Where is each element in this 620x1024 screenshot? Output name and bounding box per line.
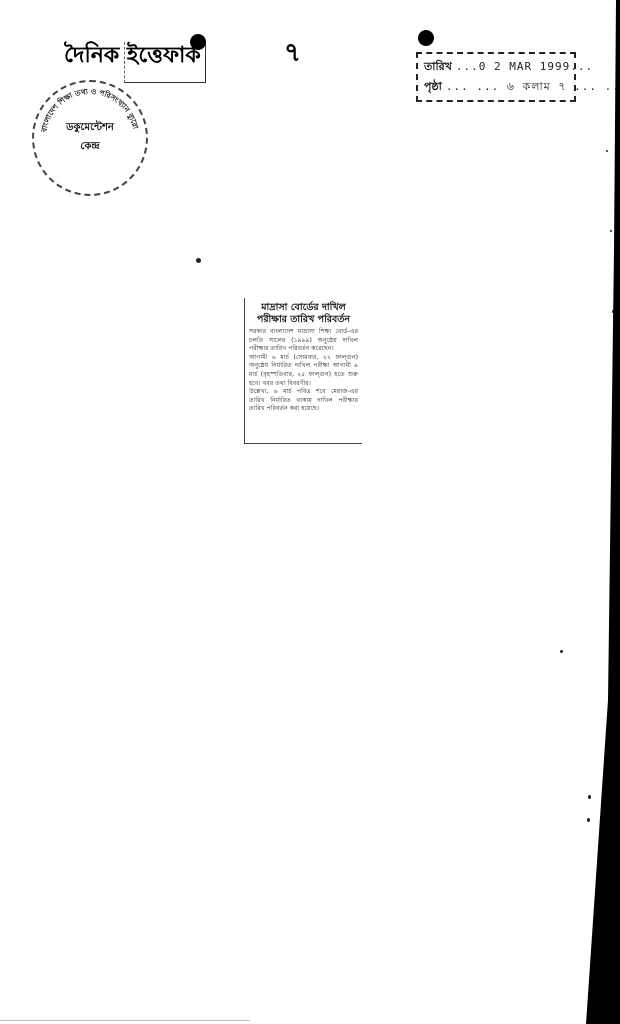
- scan-speck: [610, 230, 612, 232]
- date-stamp: তারিখ ...0 2 MAR 1999... পৃষ্ঠা ... ... …: [416, 52, 576, 102]
- ink-mark: [196, 258, 201, 263]
- clipping-paragraph: সরকার বাংলাদেশ মাদ্রাসা শিক্ষা বোর্ড-এর …: [249, 328, 358, 354]
- stamp-date-label: তারিখ: [424, 58, 452, 77]
- scan-edge-shadow: [580, 0, 620, 1024]
- seal-center: ডকুমেন্টেশন কেন্দ্র: [34, 82, 146, 194]
- stamp-page-label: পৃষ্ঠা: [424, 78, 442, 97]
- punch-hole-left: [190, 34, 206, 50]
- scanned-page: দৈনিক ইত্তেফাক ৭ তারিখ ...0 2 MAR 1999..…: [0, 0, 620, 1024]
- scan-speck: [560, 650, 563, 653]
- stamp-page-value: ... ... ৬ কলাম ৭ ... ...: [446, 78, 620, 97]
- clipping-paragraph: আগামী ৬ মার্চ (সোমবার, ২২ ফাল্গুন) অনুষ্…: [249, 354, 358, 388]
- scan-speck: [612, 310, 614, 313]
- stamp-date-row: তারিখ ...0 2 MAR 1999...: [424, 58, 568, 78]
- scan-speck: [587, 818, 590, 822]
- scan-speck: [606, 150, 608, 152]
- clipping-paragraph: উল্লেখ্য, ৬ মার্চ পবিত্র শবে মেরাজ-এর তা…: [249, 388, 358, 414]
- bottom-scan-line: [0, 1020, 250, 1021]
- punch-hole-right: [418, 30, 434, 46]
- seal-center-line1: ডকুমেন্টেশন: [66, 120, 114, 137]
- stamp-page-row: পৃষ্ঠা ... ... ৬ কলাম ৭ ... ...: [424, 78, 568, 98]
- documentation-center-seal: বাংলাদেশ শিক্ষা তথ্য ও পরিসংখ্যান ব্যুরো…: [32, 80, 148, 196]
- stamp-date-value: ...0 2 MAR 1999...: [456, 60, 593, 73]
- clipping-headline: মাদ্রাসা বোর্ডের দাখিল পরীক্ষার তারিখ পর…: [249, 302, 358, 326]
- clipping-body: সরকার বাংলাদেশ মাদ্রাসা শিক্ষা বোর্ড-এর …: [249, 328, 358, 414]
- seal-center-line2: কেন্দ্র: [80, 139, 99, 156]
- news-clipping: মাদ্রাসা বোর্ডের দাখিল পরীক্ষার তারিখ পর…: [244, 298, 362, 444]
- scan-speck: [588, 795, 591, 799]
- page-number: ৭: [284, 32, 301, 76]
